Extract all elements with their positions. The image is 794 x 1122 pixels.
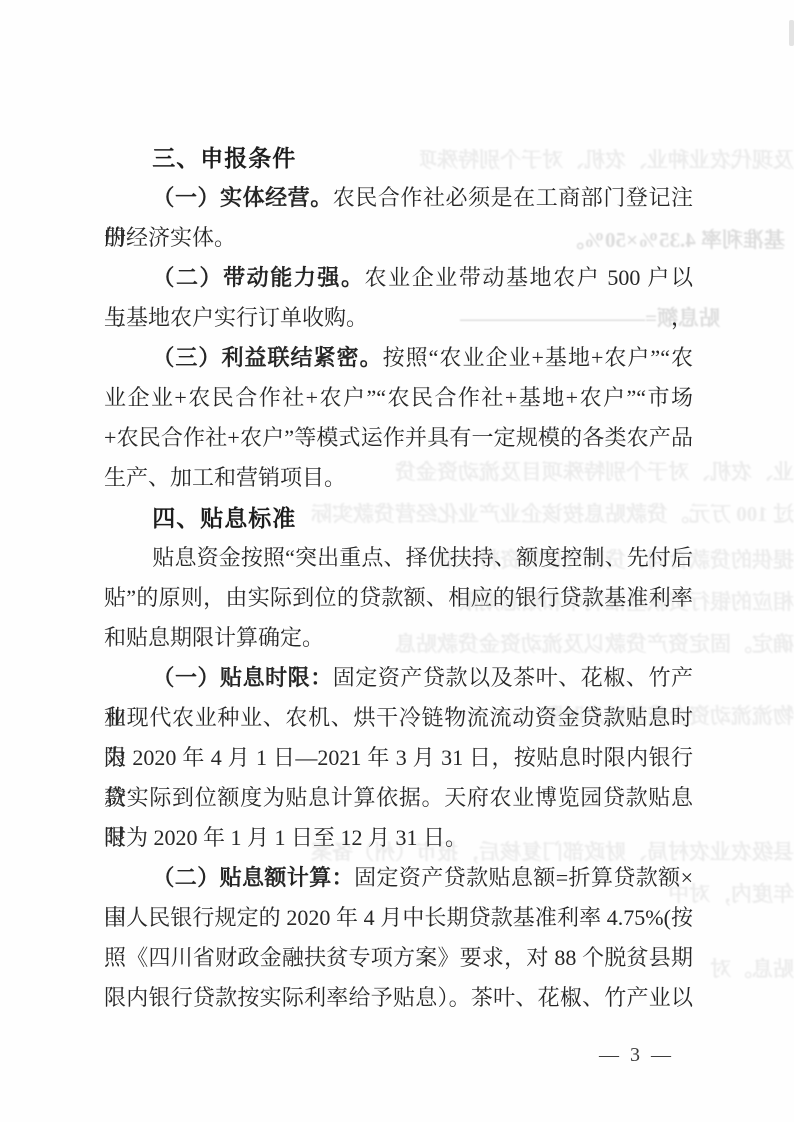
line-text: 生产、加工和营销项目。 bbox=[104, 465, 346, 490]
body-line: 贴息资金按照“突出重点、择优扶持、额度控制、先付后 bbox=[104, 538, 693, 578]
body-line: 为 2020 年 4 月 1 日—2021 年 3 月 31 日，按贴息时限内银… bbox=[104, 738, 693, 778]
body-line: 款实际到位额度为贴息计算依据。天府农业博览园贷款贴息时 bbox=[104, 778, 693, 818]
line-bold-lead: （一）实体经营。 bbox=[152, 185, 332, 210]
body-line: 国人民银行规定的 2020 年 4 月中长期贷款基准利率 4.75%(按 bbox=[104, 898, 693, 938]
body-line: （一）贴息时限：固定资产贷款以及茶叶、花椒、竹产业 bbox=[104, 658, 693, 698]
body-line: 照《四川省财政金融扶贫专项方案》要求，对 88 个脱贫县期 bbox=[104, 938, 693, 978]
section-heading-4: 四、贴息标准 bbox=[104, 498, 693, 538]
heading-text: 四、贴息标准 bbox=[152, 505, 296, 531]
line-text: 贴”的原则，由实际到位的贷款额、相应的银行贷款基准利率 bbox=[104, 585, 693, 610]
line-bold-lead: （二）贴息额计算： bbox=[152, 865, 354, 890]
line-text: 与基地农户实行订单收购。 bbox=[104, 305, 368, 330]
line-text: 和贴息期限计算确定。 bbox=[104, 625, 324, 650]
line-text: 国人民银行规定的 2020 年 4 月中长期贷款基准利率 4.75%(按 bbox=[104, 905, 693, 930]
heading-text: 三、申报条件 bbox=[152, 145, 296, 171]
line-text: 照《四川省财政金融扶贫专项方案》要求，对 88 个脱贫县期 bbox=[104, 945, 693, 970]
line-text: +农民合作社+农户”等模式运作并具有一定规模的各类农产品 bbox=[104, 425, 693, 450]
line-text: 限内银行贷款按实际利率给予贴息）。茶叶、花椒、竹产业以 bbox=[104, 985, 693, 1010]
body-line: 的经济实体。 bbox=[104, 218, 693, 258]
body-line: 生产、加工和营销项目。 bbox=[104, 458, 693, 498]
body-line: （三）利益联结紧密。按照“农业企业+基地+农户”“农 bbox=[104, 338, 693, 378]
body-line: 和现代农业种业、农机、烘干冷链物流流动资金贷款贴息时限 bbox=[104, 698, 693, 738]
page-number: — 3 — bbox=[599, 1044, 674, 1067]
line-bold-lead: （三）利益联结紧密。 bbox=[152, 345, 382, 370]
body-line: （二）带动能力强。农业企业带动基地农户 500 户以上， bbox=[104, 258, 693, 298]
line-bold-lead: （一）贴息时限： bbox=[152, 665, 332, 690]
line-text: 贴息资金按照“突出重点、择优扶持、额度控制、先付后 bbox=[152, 545, 693, 570]
line-bold-lead: （二）带动能力强。 bbox=[152, 265, 364, 290]
body-line: 限为 2020 年 1 月 1 日至 12 月 31 日。 bbox=[104, 818, 693, 858]
body-line: 限内银行贷款按实际利率给予贴息）。茶叶、花椒、竹产业以 bbox=[104, 978, 693, 1018]
body-line: 贴”的原则，由实际到位的贷款额、相应的银行贷款基准利率 bbox=[104, 578, 693, 618]
line-text: 的经济实体。 bbox=[104, 225, 236, 250]
line-text: 限为 2020 年 1 月 1 日至 12 月 31 日。 bbox=[104, 825, 467, 850]
body-line: （二）贴息额计算：固定资产贷款贴息额=折算贷款额×中 bbox=[104, 858, 693, 898]
body-line: 业企业+农民合作社+农户”“农民合作社+基地+农户”“市场 bbox=[104, 378, 693, 418]
body-line: （一）实体经营。农民合作社必须是在工商部门登记注册 bbox=[104, 178, 693, 218]
body-line: 和贴息期限计算确定。 bbox=[104, 618, 693, 658]
scanned-document-page: 及现代农业种业、农机、对于个别特殊项目建设 基准利率 4.35%×50%。 贴息… bbox=[0, 0, 794, 1122]
document-body: 三、申报条件 （一）实体经营。农民合作社必须是在工商部门登记注册 的经济实体。 … bbox=[104, 138, 693, 1018]
line-text: 业企业+农民合作社+农户”“农民合作社+基地+农户”“市场 bbox=[104, 385, 693, 410]
section-heading-3: 三、申报条件 bbox=[104, 138, 693, 178]
scan-edge-artifact bbox=[789, 20, 794, 46]
line-text: 按照“农业企业+基地+农户”“农 bbox=[383, 345, 693, 370]
body-line: +农民合作社+农户”等模式运作并具有一定规模的各类农产品 bbox=[104, 418, 693, 458]
